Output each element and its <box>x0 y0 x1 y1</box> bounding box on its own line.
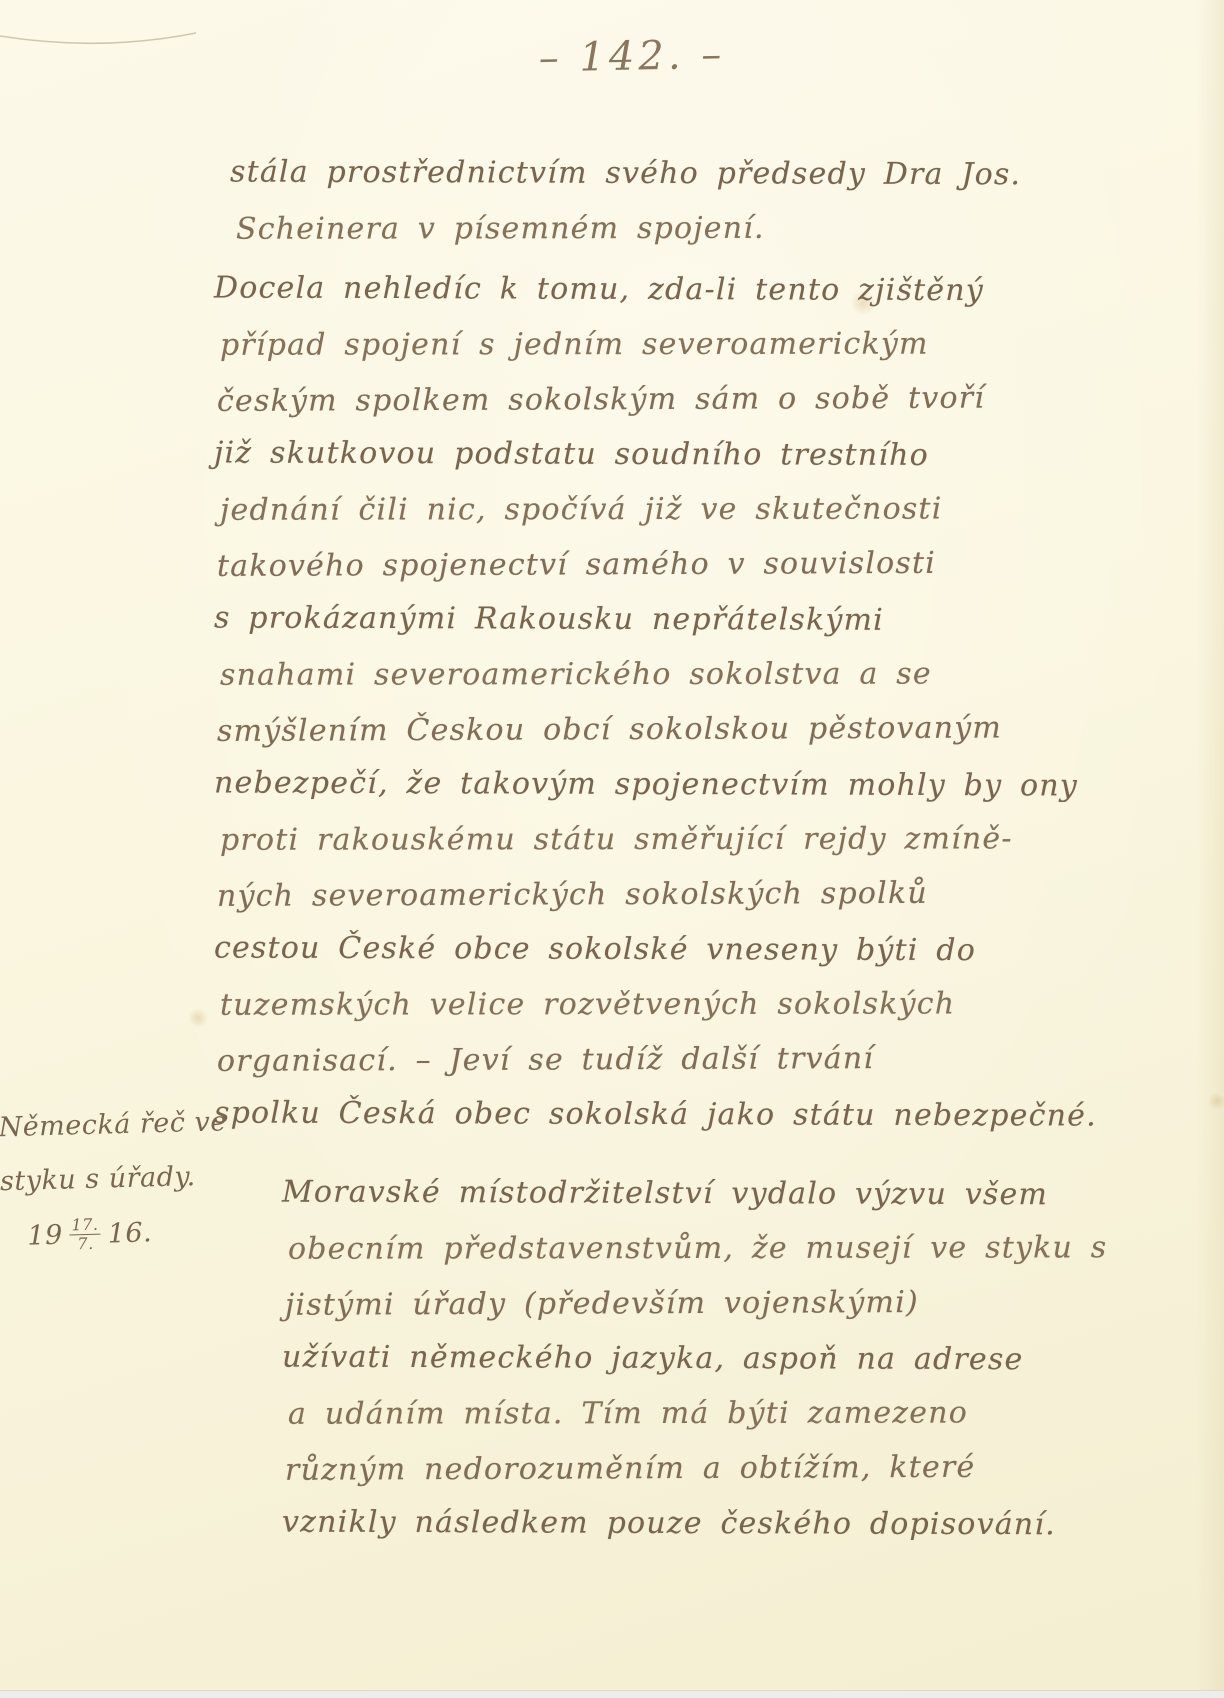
handwritten-line: takového spojenectví samého v souvislost… <box>217 535 1105 594</box>
handwritten-line: stála prostřednictvím svého předsedy Dra… <box>230 144 1102 202</box>
handwritten-line: různým nedorozuměním a obtížím, které <box>285 1439 1105 1498</box>
page-right-edge-shading <box>1196 0 1224 1698</box>
handwritten-line: smýšlením Českou obcí sokolskou pěstovan… <box>217 700 1105 759</box>
handwritten-line: a udáním místa. Tím má býti zamezeno <box>288 1385 1107 1441</box>
handwritten-line: Moravské místodržitelství vydalo výzvu v… <box>282 1165 1102 1223</box>
page-bottom-edge <box>0 1690 1224 1698</box>
handwritten-line: obecním představenstvům, že musejí ve st… <box>288 1220 1107 1276</box>
handwritten-line: jistými úřady (především vojenskými) <box>285 1274 1105 1333</box>
manuscript-page: – 142. – Německá řeč ve styku s úřady. 1… <box>0 0 1224 1698</box>
paragraph-2: Docela nehledíc k tomu, zda-li tento zji… <box>214 262 1101 1142</box>
handwritten-line: s prokázanými Rakousku nepřátelskými <box>214 590 1102 648</box>
paragraph-3: Moravské místodržitelství vydalo výzvu v… <box>282 1166 1101 1551</box>
handwritten-line: proti rakouskému státu směřující rejdy z… <box>220 811 1107 868</box>
handwritten-line: tuzemských velice rozvětvených sokolskýc… <box>220 976 1107 1033</box>
handwritten-line: snahami severoamerického sokolstva a se <box>220 646 1107 703</box>
manuscript-body: stála prostřednictvím svého předsedy Dra… <box>0 146 1101 1551</box>
handwritten-line: českým spolkem sokolským sám o sobě tvoř… <box>217 370 1105 429</box>
handwritten-line: organisací. – Jeví se tudíž další trvání <box>217 1030 1105 1089</box>
handwritten-line: vznikly následkem pouze českého dopisová… <box>282 1495 1102 1553</box>
handwritten-line: cestou České obce sokolské vneseny býti … <box>214 920 1102 978</box>
handwritten-line: užívati německého jazyka, aspoň na adres… <box>282 1330 1102 1388</box>
handwritten-line: spolku Česká obec sokolská jako státu ne… <box>214 1085 1102 1143</box>
handwritten-line: ných severoamerických sokolských spolků <box>217 865 1105 924</box>
handwritten-line: Docela nehledíc k tomu, zda-li tento zji… <box>214 260 1102 318</box>
paragraph-1: stála prostřednictvím svého předsedy Dra… <box>230 146 1101 256</box>
handwritten-line: nebezpečí, že takovým spojenectvím mohly… <box>214 755 1102 813</box>
handwritten-line: jednání čili nic, spočívá již ve skutečn… <box>220 481 1107 538</box>
handwritten-line: Scheinera v písemném spojení. <box>236 200 1107 257</box>
handwritten-line: případ spojení s jedním severoamerickým <box>220 316 1107 373</box>
handwritten-line: již skutkovou podstatu soudního trestníh… <box>214 425 1102 483</box>
